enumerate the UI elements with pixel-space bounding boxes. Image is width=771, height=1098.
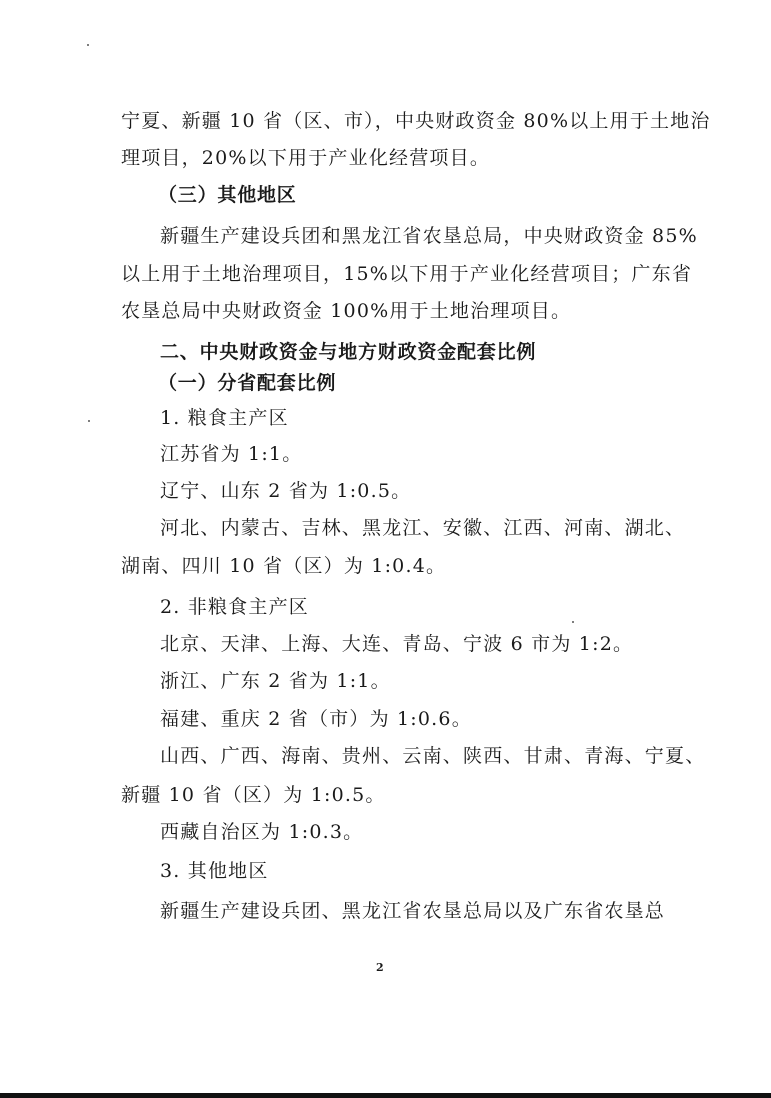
- paragraph-line: 新疆 10 省（区）为 1:0.5。: [121, 783, 386, 807]
- list-heading: 3. 其他地区: [160, 859, 269, 883]
- paragraph-line: 新疆生产建设兵团、黑龙江省农垦总局以及广东省农垦总: [160, 899, 665, 923]
- paragraph-line: 山西、广西、海南、贵州、云南、陕西、甘肃、青海、宁夏、: [160, 744, 705, 768]
- paragraph-line: 辽宁、山东 2 省为 1:0.5。: [160, 479, 411, 503]
- paragraph-line: 河北、内蒙古、吉林、黑龙江、安徽、江西、河南、湖北、: [160, 516, 685, 540]
- paragraph-line: 宁夏、新疆 10 省（区、市），中央财政资金 80%以上用于土地治: [121, 109, 711, 133]
- paragraph-line: 浙江、广东 2 省为 1:1。: [160, 669, 391, 693]
- scan-speck: [87, 44, 89, 46]
- paragraph-line: 湖南、四川 10 省（区）为 1:0.4。: [121, 554, 446, 578]
- paragraph-line: 农垦总局中央财政资金 100%用于土地治理项目。: [121, 299, 571, 323]
- paragraph-line: 江苏省为 1:1。: [160, 442, 302, 466]
- section-heading: （三）其他地区: [158, 183, 297, 207]
- section-heading: 二、中央财政资金与地方财政资金配套比例: [160, 340, 536, 364]
- subsection-heading: （一）分省配套比例: [158, 371, 336, 395]
- paragraph-line: 福建、重庆 2 省（市）为 1:0.6。: [160, 707, 472, 731]
- list-heading: 2. 非粮食主产区: [160, 595, 309, 619]
- paragraph-line: 北京、天津、上海、大连、青岛、宁波 6 市为 1:2。: [160, 632, 633, 656]
- scan-speck: [88, 420, 90, 422]
- paragraph-line: 新疆生产建设兵团和黑龙江省农垦总局，中央财政资金 85%: [160, 224, 698, 248]
- paragraph-line: 理项目，20%以下用于产业化经营项目。: [121, 146, 490, 170]
- paragraph-line: 以上用于土地治理项目，15%以下用于产业化经营项目；广东省: [121, 262, 692, 286]
- scan-speck: [572, 621, 574, 623]
- list-heading: 1. 粮食主产区: [160, 406, 289, 430]
- paragraph-line: 西藏自治区为 1:0.3。: [160, 820, 363, 844]
- document-page: 宁夏、新疆 10 省（区、市），中央财政资金 80%以上用于土地治 理项目，20…: [0, 0, 771, 1098]
- page-number: 2: [376, 961, 384, 974]
- scan-border: [0, 1093, 771, 1098]
